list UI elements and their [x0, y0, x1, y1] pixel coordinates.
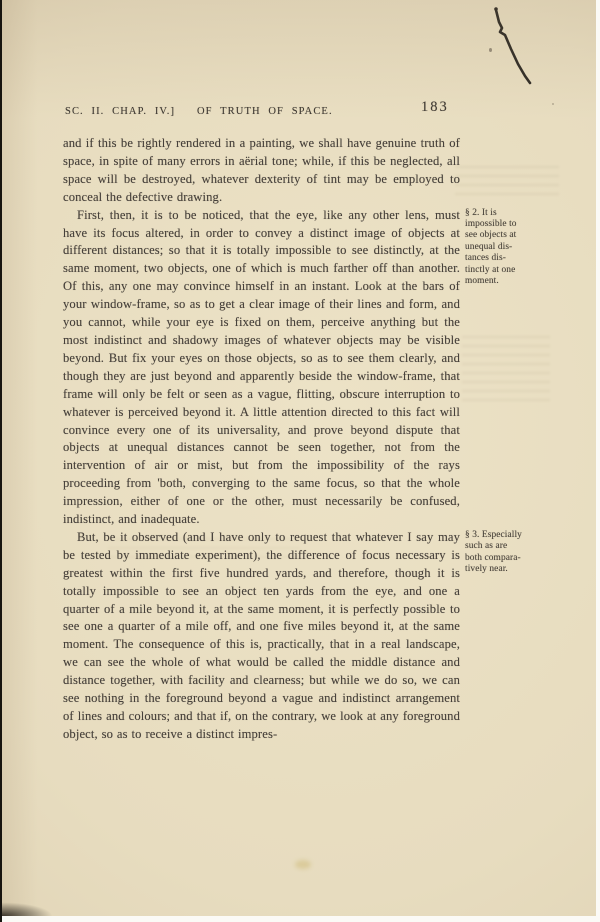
stain-artifact: [295, 860, 311, 869]
page-content: SC. II. CHAP. IV.] OF TRUTH OF SPACE. 18…: [63, 103, 555, 744]
scan-edge-shadow: [0, 0, 2, 922]
running-header-title: OF TRUTH OF SPACE.: [197, 106, 333, 117]
paragraph-text: But, be it observed (and I have only to …: [63, 530, 460, 741]
paragraph-section-3: But, be it observed (and I have only to …: [63, 529, 460, 744]
page-paper: SC. II. CHAP. IV.] OF TRUTH OF SPACE. 18…: [2, 0, 596, 916]
body-text: and if this be rightly rendered in a pai…: [63, 135, 460, 744]
scan-corner-shadow: [2, 902, 82, 916]
paragraph-section-2: First, then, it is to be noticed, that t…: [63, 207, 460, 529]
paragraph-text: First, then, it is to be noticed, that t…: [63, 208, 460, 526]
scanned-book-page: SC. II. CHAP. IV.] OF TRUTH OF SPACE. 18…: [0, 0, 600, 922]
paragraph-text: and if this be rightly rendered in a pai…: [63, 136, 460, 204]
running-header-chapter: SC. II. CHAP. IV.]: [65, 106, 175, 117]
marginal-note-section-3: § 3. Especially such as are both compara…: [465, 530, 555, 576]
marginal-note-section-2: § 2. It is impossible to see objects at …: [465, 208, 555, 288]
hair-fiber-artifact: [487, 4, 542, 92]
page-number: 183: [421, 99, 449, 116]
paragraph-continuation: and if this be rightly rendered in a pai…: [63, 135, 460, 207]
running-header: SC. II. CHAP. IV.] OF TRUTH OF SPACE. 18…: [63, 103, 555, 120]
